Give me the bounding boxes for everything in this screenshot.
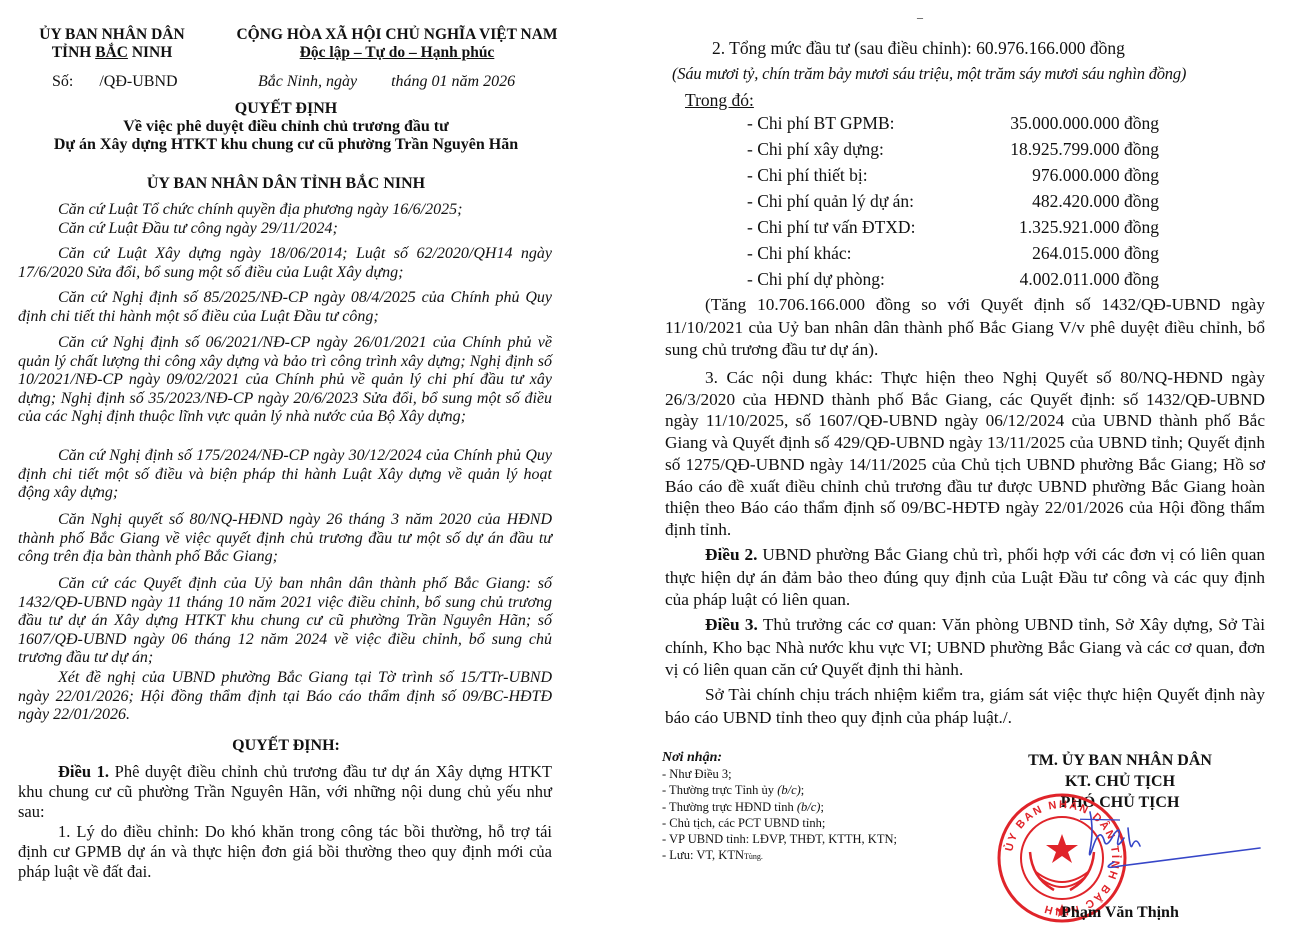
signer-name: Phạm Văn Thịnh bbox=[995, 904, 1245, 922]
cost-item: - Chi phí xây dựng:18.925.799.000 đồng bbox=[747, 139, 1167, 163]
cost-value: 4.002.011.000 đồng bbox=[1020, 269, 1159, 290]
increase-note: (Tăng 10.706.166.000 đồng so với Quyết đ… bbox=[665, 294, 1265, 362]
cost-value: 264.015.000 đồng bbox=[1032, 243, 1159, 264]
recipient-item: - VP UBND tỉnh: LĐVP, THĐT, KTTH, KTN; bbox=[662, 831, 897, 847]
recipients-heading: Nơi nhận: bbox=[662, 750, 897, 766]
preamble-item: Căn cứ Nghị định số 06/2021/NĐ-CP ngày 2… bbox=[18, 334, 552, 427]
agency-header: ỦY BAN NHÂN DÂN TỈNH BẮC NINH bbox=[22, 26, 202, 62]
cost-item: - Chi phí BT GPMB:35.000.000.000 đồng bbox=[747, 113, 1167, 137]
cost-value: 18.925.799.000 đồng bbox=[1010, 139, 1159, 160]
article-1-item-3: 3. Các nội dung khác: Thực hiện theo Ngh… bbox=[665, 367, 1265, 541]
cost-label: - Chi phí dự phòng: bbox=[747, 269, 885, 290]
page-separator-mark: – bbox=[917, 10, 923, 25]
issuing-authority: ỦY BAN NHÂN DÂN TỈNH BẮC NINH bbox=[0, 175, 572, 193]
breakdown-label: Trong đó: bbox=[685, 88, 754, 112]
cost-value: 976.000.000 đồng bbox=[1032, 165, 1159, 186]
recipient-item: - Chủ tịch, các PCT UBND tỉnh; bbox=[662, 815, 897, 831]
preamble-item: Xét đề nghị của UBND phường Bắc Giang tạ… bbox=[18, 669, 552, 725]
cost-item: - Chi phí tư vấn ĐTXD:1.325.921.000 đồng bbox=[747, 217, 1167, 241]
supervision-clause: Sở Tài chính chịu trách nhiệm kiểm tra, … bbox=[665, 684, 1265, 729]
national-header: CỘNG HÒA XÃ HỘI CHỦ NGHĨA VIỆT NAM Độc l… bbox=[222, 26, 572, 62]
cost-item: - Chi phí thiết bị:976.000.000 đồng bbox=[747, 165, 1167, 189]
cost-item: - Chi phí dự phòng:4.002.011.000 đồng bbox=[747, 269, 1167, 293]
article-2-label: Điều 2. bbox=[705, 545, 757, 564]
recipient-item: - Thường trực HĐND tỉnh (b/c); bbox=[662, 799, 897, 815]
cost-label: - Chi phí quản lý dự án: bbox=[747, 191, 914, 212]
signature-line-2: KT. CHỦ TỊCH bbox=[995, 771, 1245, 792]
handwritten-signature-icon bbox=[1080, 810, 1270, 880]
recipient-item: - Như Điều 3; bbox=[662, 766, 897, 782]
recipient-item: - Lưu: VT, KTNTùng. bbox=[662, 847, 897, 865]
cost-value: 1.325.921.000 đồng bbox=[1019, 217, 1159, 238]
cost-item: - Chi phí quản lý dự án:482.420.000 đồng bbox=[747, 191, 1167, 215]
document-title: QUYẾT ĐỊNH Về việc phê duyệt điều chỉnh … bbox=[0, 100, 572, 154]
cost-item: - Chi phí khác:264.015.000 đồng bbox=[747, 243, 1167, 267]
document-date: Bắc Ninh, ngàytháng 01 năm 2026 bbox=[258, 73, 515, 91]
preamble-item: Căn cứ Luật Tổ chức chính quyền địa phươ… bbox=[18, 201, 552, 220]
cost-label: - Chi phí thiết bị: bbox=[747, 165, 868, 186]
preamble-item: Căn cứ Nghị định số 85/2025/NĐ-CP ngày 0… bbox=[18, 289, 552, 326]
subject-line-2: Dự án Xây dựng HTKT khu chung cư cũ phườ… bbox=[0, 136, 572, 154]
article-1: Điều 1. Phê duyệt điều chỉnh chủ trương … bbox=[18, 762, 552, 822]
article-2: Điều 2. UBND phường Bắc Giang chủ trì, p… bbox=[665, 544, 1265, 612]
investment-in-words: (Sáu mươi tỷ, chín trăm bảy mươi sáu tri… bbox=[672, 62, 1186, 86]
cost-label: - Chi phí xây dựng: bbox=[747, 139, 884, 160]
document-number: Số:/QĐ-UBND bbox=[52, 73, 178, 91]
document-type: QUYẾT ĐỊNH bbox=[0, 100, 572, 118]
article-3-label: Điều 3. bbox=[705, 615, 758, 634]
cost-value: 35.000.000.000 đồng bbox=[1010, 113, 1159, 134]
article-1-item-1: 1. Lý do điều chỉnh: Do khó khăn trong c… bbox=[18, 822, 552, 882]
preamble-item: Căn Nghị quyết số 80/NQ-HĐND ngày 26 thá… bbox=[18, 511, 552, 567]
national-motto: Độc lập – Tự do – Hạnh phúc bbox=[222, 44, 572, 62]
cost-label: - Chi phí khác: bbox=[747, 243, 852, 264]
preamble-item: Căn cứ các Quyết định của Uỷ ban nhân dâ… bbox=[18, 575, 552, 668]
cost-value: 482.420.000 đồng bbox=[1032, 191, 1159, 212]
article-3: Điều 3. Thủ trưởng các cơ quan: Văn phòn… bbox=[665, 614, 1265, 682]
recipients-block: Nơi nhận: - Như Điều 3;- Thường trực Tỉn… bbox=[662, 750, 897, 865]
article-1-item-2: 2. Tổng mức đầu tư (sau điều chỉnh): 60.… bbox=[712, 36, 1125, 60]
signature-line-1: TM. ỦY BAN NHÂN DÂN bbox=[995, 750, 1245, 771]
cost-label: - Chi phí BT GPMB: bbox=[747, 113, 895, 134]
national-title: CỘNG HÒA XÃ HỘI CHỦ NGHĨA VIỆT NAM bbox=[222, 26, 572, 44]
decision-heading: QUYẾT ĐỊNH: bbox=[0, 737, 572, 755]
agency-province: TỈNH BẮC NINH bbox=[22, 44, 202, 62]
preamble-item: Căn cứ Nghị định số 175/2024/NĐ-CP ngày … bbox=[18, 447, 552, 503]
subject-line-1: Về việc phê duyệt điều chỉnh chủ trương … bbox=[0, 118, 572, 136]
preamble-item: Căn cứ Luật Đầu tư công ngày 29/11/2024; bbox=[18, 220, 552, 239]
cost-label: - Chi phí tư vấn ĐTXD: bbox=[747, 217, 915, 238]
agency-name: ỦY BAN NHÂN DÂN bbox=[22, 26, 202, 44]
recipient-item: - Thường trực Tỉnh ủy (b/c); bbox=[662, 782, 897, 798]
preamble-item: Căn cứ Luật Xây dựng ngày 18/06/2014; Lu… bbox=[18, 245, 552, 282]
recipients-list: - Như Điều 3;- Thường trực Tỉnh ủy (b/c)… bbox=[662, 766, 897, 865]
article-1-label: Điều 1. bbox=[58, 762, 109, 781]
